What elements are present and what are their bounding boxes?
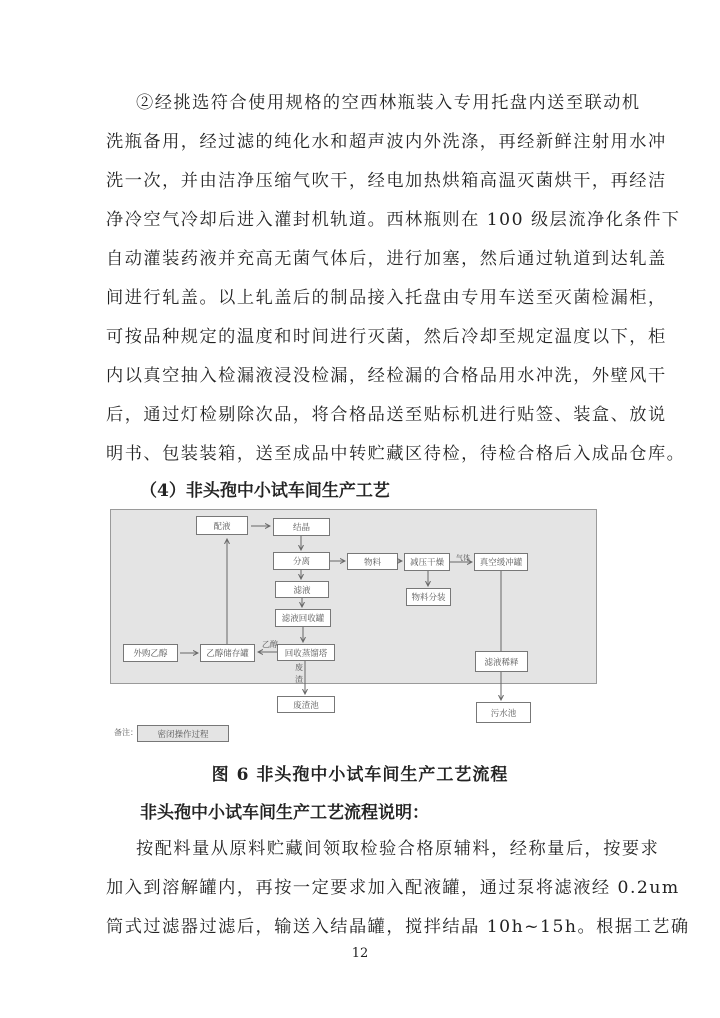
section-heading: （4）非头孢中小试车间生产工艺 [140, 476, 390, 501]
text-line: 按配料量从原料贮藏间领取检验合格原辅料，经称量后，按要求 [136, 834, 616, 859]
subheading: 非头孢中小试车间生产工艺流程说明： [140, 798, 429, 823]
node-jianya-ganzao: 减压干燥 [404, 553, 450, 571]
node-jiejing: 结晶 [273, 518, 330, 536]
node-lvye-xishi: 滤液稀释 [475, 651, 528, 672]
page-number: 12 [0, 946, 720, 961]
text-line: 可按品种规定的温度和时间进行灭菌，然后冷却至规定温度以下，柜 [106, 322, 616, 347]
text-line: 自动灌装药液并充高无菌气体后，进行加塞，然后通过轨道到达轧盖 [106, 244, 616, 269]
text-line: ②经挑选符合使用规格的空西林瓶装入专用托盘内送至联动机 [136, 88, 616, 113]
note-label: 备注： [114, 727, 138, 738]
figure-caption: 图 6 非头孢中小试车间生产工艺流程 [0, 760, 720, 785]
node-fenli: 分离 [273, 552, 330, 570]
edge-label-gas: 气体 [456, 553, 470, 563]
node-peiye: 配液 [196, 516, 248, 535]
text-line: 筒式过滤器过滤后，输送入结晶罐，搅拌结晶 10h~15h。根据工艺确 [106, 912, 616, 937]
text-line: 间进行轧盖。以上轧盖后的制品接入托盘由专用车送至灭菌检漏柜， [106, 283, 616, 308]
text-line: 加入到溶解罐内，再按一定要求加入配液罐，通过泵将滤液经 0.2um [106, 873, 616, 898]
text-line: 洗瓶备用，经过滤的纯化水和超声波内外洗涤，再经新鲜注射用水冲 [106, 127, 616, 152]
legend-closed-operation: 密闭操作过程 [137, 725, 229, 742]
node-yichun-chucunguan: 乙醇储存罐 [200, 644, 255, 662]
node-lvye-huishouguan: 滤液回收罐 [275, 609, 331, 627]
text-line: 明书、包装装箱，送至成品中转贮藏区待检，待检合格后入成品仓库。 [106, 439, 616, 464]
node-lvye: 滤液 [275, 581, 329, 598]
text-line: 内以真空抽入检漏液浸没检漏，经检漏的合格品用水冲洗，外壁风干 [106, 361, 616, 386]
text-line: 后，通过灯检剔除次品，将合格品送至贴标机进行贴签、装盒、放说 [106, 400, 616, 425]
text-line: 洗一次，并由洁净压缩气吹干，经电加热烘箱高温灭菌烘干，再经洁 [106, 166, 616, 191]
node-huishou-zhengliuta: 回收蒸馏塔 [277, 644, 335, 661]
node-wushui-chi: 污水池 [476, 702, 531, 723]
node-wuliao: 物料 [347, 553, 398, 570]
edge-label-waste-1: 废 [295, 662, 303, 673]
edge-label-waste-2: 渣 [295, 674, 303, 685]
text-line: 净冷空气冷却后进入灌封机轨道。西林瓶则在 100 级层流净化条件下 [106, 205, 616, 230]
node-feizha-chi: 废渣池 [277, 696, 335, 713]
node-zhenkong-huanchongguan: 真空缓冲罐 [474, 553, 528, 571]
node-wuliao-fenzhuang: 物料分装 [406, 588, 451, 606]
node-waigou-yichun: 外购乙醇 [123, 644, 178, 662]
edge-label-ethanol: 乙醇 [262, 639, 278, 650]
